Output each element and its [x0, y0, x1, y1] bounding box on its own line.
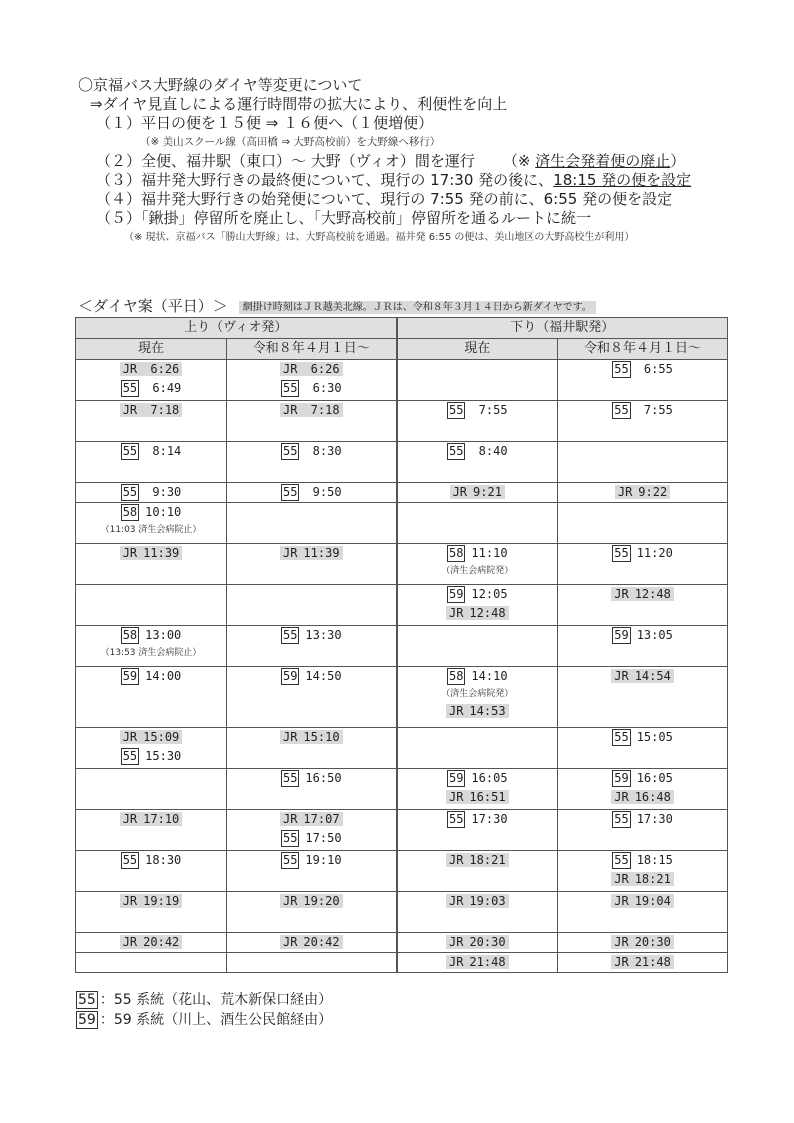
route-badge: 55: [121, 484, 139, 501]
legend-text-59: ：59 系統（川上、酒生公民館経由）: [100, 1012, 332, 1028]
route-badge: 55: [612, 852, 630, 869]
jr-departure: JR18:21: [558, 870, 727, 889]
jr-departure: JR11:39: [76, 544, 226, 563]
route-badge: 55: [281, 627, 299, 644]
table-row: 55 8:1455 8:3055 8:40: [76, 442, 728, 483]
departure-time: 17:10: [143, 812, 179, 826]
departure-time: 15:30: [145, 749, 181, 763]
timetable-cell: 5513:30: [227, 626, 397, 667]
timetable-cell: JR19:03: [397, 892, 558, 933]
departure-time: 12:48: [469, 606, 505, 620]
timetable-cell: JR19:20: [227, 892, 397, 933]
departure-time: 9:21: [473, 485, 502, 499]
route-badge: 59: [281, 668, 299, 685]
timetable-cell: [76, 953, 227, 973]
jr-time: JR17:10: [120, 812, 183, 826]
timetable-cell: [397, 626, 558, 667]
jr-label: JR: [453, 485, 467, 499]
item-2: （２）全便、福井駅（東口）～ 大野（ヴィオ）間を運行（※ 済生会発着便の廃止）: [78, 152, 758, 171]
jr-departure: JR 6:26: [227, 360, 396, 379]
jr-label: JR: [283, 362, 297, 376]
timetable-cell: 55 8:30: [227, 442, 397, 483]
jr-departure: JR18:21: [398, 851, 558, 870]
bus-departure: 5914:00: [76, 667, 226, 686]
jr-label: JR: [283, 546, 297, 560]
bus-departure: 55 9:30: [76, 483, 226, 502]
jr-departure: JR15:10: [227, 728, 396, 747]
table-row: JR20:42JR20:42JR20:30JR20:30: [76, 933, 728, 953]
timetable-cell: [76, 769, 227, 810]
jr-label: JR: [614, 790, 628, 804]
route-badge: 55: [121, 852, 139, 869]
timetable-cell: JR11:39: [227, 544, 397, 585]
bus-departure: 5914:50: [227, 667, 396, 686]
timetable-body: JR 6:2655 6:49JR 6:2655 6:3055 6:55JR 7:…: [76, 360, 728, 973]
bus-departure: 55 7:55: [398, 401, 558, 420]
departure-time: 16:48: [635, 790, 671, 804]
item-3-underlined: 18:15 発の便を設定: [553, 171, 691, 189]
item-4: （４）福井発大野行きの始発便について、現行の 7:55 発の前に、6:55 発の…: [78, 190, 758, 209]
group-header-up: 上り（ヴィオ発）: [76, 318, 397, 339]
table-row: 5813:00（13:53 済生会病院止）5513:305913:05: [76, 626, 728, 667]
timetable-cell: 5516:50: [227, 769, 397, 810]
departure-time: 13:00: [145, 628, 181, 642]
bus-departure: 5811:10: [398, 544, 558, 563]
jr-label: JR: [614, 872, 628, 886]
item-5: （５）「鍬掛」停留所を廃止し、「大野高校前」停留所を通るルートに統一: [78, 209, 758, 228]
timetable-cell: JR15:095515:30: [76, 728, 227, 769]
timetable-cell: 5814:10（済生会病院発）JR14:53: [397, 667, 558, 728]
departure-time: 15:05: [637, 730, 673, 744]
timetable-cell: 5810:10（11:03 済生会病院止）: [76, 503, 227, 544]
group-header-down: 下り（福井駅発）: [397, 318, 728, 339]
route-badge: 55: [447, 402, 465, 419]
summary-line: ⇒ダイヤ見直しによる運行時間帯の拡大により、利便性を向上: [78, 95, 758, 114]
item-2-text: （２）全便、福井駅（東口）～ 大野（ヴィオ）間を運行: [96, 152, 475, 170]
legend-item-55: 55：55 系統（花山、荒木新保口経由）: [76, 990, 332, 1010]
item-2-aside-suffix: ）: [670, 152, 685, 170]
jr-label: JR: [123, 730, 137, 744]
jr-time: JR14:54: [611, 669, 674, 683]
route-badge: 59: [447, 770, 465, 787]
item-3: （３）福井発大野行きの最終便について、現行の 17:30 発の後に、18:15 …: [78, 171, 758, 190]
jr-time: JR19:03: [446, 894, 509, 908]
table-row: JR17:10JR17:075517:505517:305517:30: [76, 810, 728, 851]
jr-label: JR: [614, 935, 628, 949]
timetable-cell: 5511:20: [558, 544, 728, 585]
bus-departure: 5912:05: [398, 585, 558, 604]
route-badge: 55: [612, 402, 630, 419]
jr-time: JR18:21: [446, 853, 509, 867]
departure-time: 6:49: [145, 381, 181, 395]
jr-label: JR: [614, 894, 628, 908]
col-header-up-current: 現在: [76, 339, 227, 360]
departure-time: 19:19: [143, 894, 179, 908]
jr-departure: JR9:21: [398, 483, 558, 502]
departure-time: 9:30: [145, 485, 181, 499]
item-2-aside-prefix: （※: [503, 152, 535, 170]
jr-time: JR19:19: [120, 894, 183, 908]
departure-time: 15:10: [303, 730, 339, 744]
table-row: JR15:095515:30JR15:105515:05: [76, 728, 728, 769]
jr-departure: JR16:48: [558, 788, 727, 807]
departure-time: 20:42: [143, 935, 179, 949]
jr-label: JR: [283, 403, 297, 417]
timetable-cell: 55 7:55: [558, 401, 728, 442]
departure-note: （済生会病院発）: [398, 563, 558, 579]
jr-time: JR19:04: [611, 894, 674, 908]
departure-time: 17:30: [471, 812, 507, 826]
timetable-cell: JR 6:2655 6:49: [76, 360, 227, 401]
timetable-cell: JR20:30: [558, 933, 728, 953]
jr-time: JR9:22: [615, 485, 670, 499]
jr-time: JR11:39: [120, 546, 183, 560]
document-title: 〇京福バス大野線のダイヤ等変更について: [78, 76, 758, 95]
departure-time: 8:40: [471, 444, 507, 458]
timetable-cell: 55 9:30: [76, 483, 227, 503]
col-header-down-current: 現在: [397, 339, 558, 360]
timetable-cell: JR 7:18: [227, 401, 397, 442]
departure-time: 13:05: [637, 628, 673, 642]
jr-departure: JR14:54: [558, 667, 727, 686]
route-badge: 55: [121, 443, 139, 460]
bus-departure: 5516:50: [227, 769, 396, 788]
timetable-caption: ＜ダイヤ案（平日）＞ 網掛け時刻はＪＲ越美北線。ＪＲは、令和８年３月１４日から新…: [78, 296, 596, 316]
table-row: 5810:10（11:03 済生会病院止）: [76, 503, 728, 544]
departure-time: 18:15: [637, 853, 673, 867]
timetable-cell: 5914:00: [76, 667, 227, 728]
departure-time: 18:30: [145, 853, 181, 867]
bus-departure: 55 6:55: [558, 360, 727, 379]
route-badge: 55: [281, 380, 299, 397]
timetable-cell: JR11:39: [76, 544, 227, 585]
jr-time: JR20:30: [611, 935, 674, 949]
timetable-cell: JR17:10: [76, 810, 227, 851]
departure-note: （11:03 済生会病院止）: [76, 522, 226, 538]
departure-time: 16:05: [471, 771, 507, 785]
jr-time: JR20:42: [120, 935, 183, 949]
departure-time: 6:55: [637, 362, 673, 376]
bus-departure: 55 8:30: [227, 442, 396, 461]
legend-item-59: 59：59 系統（川上、酒生公民館経由）: [76, 1010, 332, 1030]
jr-label: JR: [614, 587, 628, 601]
jr-time: JR20:42: [280, 935, 343, 949]
timetable-cell: 5912:05JR12:48: [397, 585, 558, 626]
departure-time: 21:48: [469, 955, 505, 969]
departure-time: 6:26: [303, 362, 339, 376]
jr-departure: JR 7:18: [76, 401, 226, 420]
legend-text-55: ：55 系統（花山、荒木新保口経由）: [100, 992, 332, 1008]
timetable-cell: JR20:42: [76, 933, 227, 953]
departure-time: 9:22: [638, 485, 667, 499]
bus-departure: 5810:10: [76, 503, 226, 522]
intro-section: 〇京福バス大野線のダイヤ等変更について ⇒ダイヤ見直しによる運行時間帯の拡大によ…: [78, 76, 758, 247]
bus-departure: 5518:15: [558, 851, 727, 870]
timetable-cell: JR19:19: [76, 892, 227, 933]
bus-departure: 5517:50: [227, 829, 396, 848]
timetable-cell: JR 6:2655 6:30: [227, 360, 397, 401]
departure-time: 14:10: [471, 669, 507, 683]
departure-time: 7:18: [143, 403, 179, 417]
departure-time: 19:20: [303, 894, 339, 908]
jr-label: JR: [614, 955, 628, 969]
departure-time: 14:50: [305, 669, 341, 683]
route-badge: 55: [121, 748, 139, 765]
bus-departure: 5515:05: [558, 728, 727, 747]
route-badge-55: 55: [76, 991, 98, 1009]
jr-departure: JR14:53: [398, 702, 558, 721]
bus-departure: 55 9:50: [227, 483, 396, 502]
route-badge: 59: [121, 668, 139, 685]
departure-time: 15:09: [143, 730, 179, 744]
jr-departure: JR20:30: [398, 933, 558, 952]
departure-time: 14:53: [469, 704, 505, 718]
jr-departure: JR20:30: [558, 933, 727, 952]
departure-time: 19:10: [305, 853, 341, 867]
departure-time: 11:39: [143, 546, 179, 560]
timetable-cell: 5813:00（13:53 済生会病院止）: [76, 626, 227, 667]
jr-label: JR: [449, 790, 463, 804]
departure-time: 9:50: [305, 485, 341, 499]
timetable-cell: JR 7:18: [76, 401, 227, 442]
departure-time: 14:00: [145, 669, 181, 683]
route-badge: 55: [281, 852, 299, 869]
bus-departure: 5814:10: [398, 667, 558, 686]
jr-time: JR14:53: [446, 704, 509, 718]
jr-label: JR: [123, 812, 137, 826]
route-badge: 55: [447, 811, 465, 828]
timetable-cell: [76, 585, 227, 626]
jr-departure: JR 6:26: [76, 360, 226, 379]
jr-departure: JR20:42: [76, 933, 226, 952]
table-row: JR19:19JR19:20JR19:03JR19:04: [76, 892, 728, 933]
timetable-cell: 5518:30: [76, 851, 227, 892]
timetable-cell: 5914:50: [227, 667, 397, 728]
bus-departure: 5916:05: [398, 769, 558, 788]
jr-label: JR: [449, 894, 463, 908]
jr-label: JR: [449, 853, 463, 867]
departure-time: 7:55: [471, 403, 507, 417]
bus-departure: 5517:30: [558, 810, 727, 829]
departure-time: 6:26: [143, 362, 179, 376]
departure-time: 18:21: [469, 853, 505, 867]
jr-label: JR: [123, 894, 137, 908]
jr-label: JR: [283, 812, 297, 826]
departure-time: 8:30: [305, 444, 341, 458]
timetable-cell: [227, 953, 397, 973]
jr-time: JR12:48: [446, 606, 509, 620]
departure-time: 20:30: [469, 935, 505, 949]
jr-time: JR16:48: [611, 790, 674, 804]
route-badge: 55: [121, 380, 139, 397]
table-row: JR 7:18JR 7:1855 7:5555 7:55: [76, 401, 728, 442]
departure-time: 16:51: [469, 790, 505, 804]
timetable-cell: 5517:30: [558, 810, 728, 851]
timetable-cell: JR12:48: [558, 585, 728, 626]
jr-departure: JR17:10: [76, 810, 226, 829]
bus-departure: 55 8:40: [398, 442, 558, 461]
route-badge: 58: [447, 668, 465, 685]
jr-label: JR: [449, 606, 463, 620]
bus-departure: 5515:30: [76, 747, 226, 766]
departure-note: （済生会病院発）: [398, 686, 558, 702]
departure-time: 13:30: [305, 628, 341, 642]
departure-time: 7:55: [637, 403, 673, 417]
timetable-cell: JR17:075517:50: [227, 810, 397, 851]
jr-departure: JR16:51: [398, 788, 558, 807]
jr-label: JR: [283, 935, 297, 949]
bus-departure: 5511:20: [558, 544, 727, 563]
jr-departure: JR19:20: [227, 892, 396, 911]
item-1: （１）平日の便を１５便 ⇒ １６便へ（１便増便）: [78, 114, 758, 133]
timetable-cell: JR14:54: [558, 667, 728, 728]
timetable-cell: 5515:05: [558, 728, 728, 769]
jr-time: JR17:07: [280, 812, 343, 826]
departure-time: 19:04: [635, 894, 671, 908]
jr-label: JR: [123, 546, 137, 560]
jr-time: JR15:10: [280, 730, 343, 744]
timetable-cell: [558, 503, 728, 544]
timetable-note: 網掛け時刻はＪＲ越美北線。ＪＲは、令和８年３月１４日から新ダイヤです。: [239, 301, 596, 314]
route-badge: 55: [281, 443, 299, 460]
jr-label: JR: [618, 485, 632, 499]
jr-departure: JR20:42: [227, 933, 396, 952]
jr-time: JR18:21: [611, 872, 674, 886]
departure-time: 20:42: [303, 935, 339, 949]
timetable-cell: JR21:48: [397, 953, 558, 973]
departure-time: 7:18: [303, 403, 339, 417]
route-badge: 59: [612, 770, 630, 787]
departure-time: 20:30: [635, 935, 671, 949]
timetable-cell: [558, 442, 728, 483]
timetable-cell: 5519:10: [227, 851, 397, 892]
jr-label: JR: [123, 403, 137, 417]
jr-time: JR 7:18: [280, 403, 343, 417]
bus-departure: 5813:00: [76, 626, 226, 645]
route-badge: 55: [281, 484, 299, 501]
table-row: 5914:005914:505814:10（済生会病院発）JR14:53JR14…: [76, 667, 728, 728]
bus-departure: 55 8:14: [76, 442, 226, 461]
route-badge: 59: [447, 586, 465, 603]
table-row: JR21:48JR21:48: [76, 953, 728, 973]
timetable-cell: [227, 503, 397, 544]
jr-label: JR: [283, 730, 297, 744]
jr-departure: JR17:07: [227, 810, 396, 829]
jr-time: JR21:48: [611, 955, 674, 969]
departure-time: 6:30: [305, 381, 341, 395]
jr-time: JR16:51: [446, 790, 509, 804]
jr-label: JR: [283, 894, 297, 908]
bus-departure: 55 6:49: [76, 379, 226, 398]
departure-time: 14:54: [635, 669, 671, 683]
timetable-cell: [397, 360, 558, 401]
item-1-note: （※ 美山スクール線（高田橋 ⇒ 大野高校前）を大野線へ移行）: [78, 133, 758, 152]
jr-time: JR15:09: [120, 730, 183, 744]
timetable-cell: 5916:05JR16:48: [558, 769, 728, 810]
item-5-note: （※ 現状、京福バス「勝山大野線」は、大野高校前を通過。福井発 6:55 の便は…: [78, 228, 758, 247]
item-3-text: （３）福井発大野行きの最終便について、現行の 17:30 発の後に、: [96, 171, 553, 189]
table-row: JR 6:2655 6:49JR 6:2655 6:3055 6:55: [76, 360, 728, 401]
jr-departure: JR12:48: [558, 585, 727, 604]
timetable-cell: JR21:48: [558, 953, 728, 973]
jr-time: JR 7:18: [120, 403, 183, 417]
timetable-cell: [397, 503, 558, 544]
timetable-cell: [397, 728, 558, 769]
route-badge: 59: [612, 627, 630, 644]
route-badge: 55: [281, 830, 299, 847]
jr-label: JR: [614, 669, 628, 683]
jr-time: JR19:20: [280, 894, 343, 908]
jr-departure: JR19:04: [558, 892, 727, 911]
departure-time: 17:30: [637, 812, 673, 826]
departure-time: 8:14: [145, 444, 181, 458]
jr-departure: JR9:22: [558, 483, 727, 502]
departure-time: 16:05: [637, 771, 673, 785]
departure-time: 17:07: [303, 812, 339, 826]
jr-label: JR: [449, 955, 463, 969]
departure-time: 12:48: [635, 587, 671, 601]
timetable-cell: 5517:30: [397, 810, 558, 851]
timetable-cell: JR9:21: [397, 483, 558, 503]
departure-time: 19:03: [469, 894, 505, 908]
jr-label: JR: [449, 935, 463, 949]
jr-departure: JR11:39: [227, 544, 396, 563]
bus-departure: 5513:30: [227, 626, 396, 645]
departure-time: 21:48: [635, 955, 671, 969]
jr-label: JR: [123, 935, 137, 949]
route-badge: 55: [281, 770, 299, 787]
jr-departure: JR12:48: [398, 604, 558, 623]
jr-time: JR 6:26: [120, 362, 183, 376]
route-badge: 55: [612, 811, 630, 828]
departure-note: （13:53 済生会病院止）: [76, 645, 226, 661]
bus-departure: 5916:05: [558, 769, 727, 788]
departure-time: 16:50: [305, 771, 341, 785]
departure-time: 11:39: [303, 546, 339, 560]
route-badge: 55: [612, 729, 630, 746]
timetable-cell: JR20:30: [397, 933, 558, 953]
table-row: 5912:05JR12:48JR12:48: [76, 585, 728, 626]
timetable-cell: [227, 585, 397, 626]
timetable-title: ＜ダイヤ案（平日）＞: [78, 297, 228, 315]
timetable: 上り（ヴィオ発） 下り（福井駅発） 現在 令和８年４月１日～ 現在 令和８年４月…: [75, 317, 728, 973]
item-2-aside-underlined: 済生会発着便の廃止: [535, 152, 670, 170]
jr-time: JR20:30: [446, 935, 509, 949]
bus-departure: 5519:10: [227, 851, 396, 870]
timetable-cell: 5811:10（済生会病院発）: [397, 544, 558, 585]
col-header-up-new: 令和８年４月１日～: [227, 339, 397, 360]
route-badge: 58: [447, 545, 465, 562]
timetable-cell: 55 7:55: [397, 401, 558, 442]
jr-departure: JR21:48: [398, 953, 558, 972]
jr-time: JR12:48: [611, 587, 674, 601]
route-badge: 55: [447, 443, 465, 460]
jr-time: JR21:48: [446, 955, 509, 969]
timetable-cell: 55 8:40: [397, 442, 558, 483]
bus-departure: 5518:30: [76, 851, 226, 870]
departure-time: 11:20: [637, 546, 673, 560]
timetable-cell: JR9:22: [558, 483, 728, 503]
departure-time: 11:10: [471, 546, 507, 560]
timetable-cell: 55 8:14: [76, 442, 227, 483]
jr-departure: JR19:19: [76, 892, 226, 911]
table-row: JR11:39JR11:395811:10（済生会病院発）5511:20: [76, 544, 728, 585]
table-row: 55 9:3055 9:50JR9:21JR9:22: [76, 483, 728, 503]
timetable-cell: JR18:21: [397, 851, 558, 892]
timetable-cell: 5518:15JR18:21: [558, 851, 728, 892]
bus-departure: 55 6:30: [227, 379, 396, 398]
route-badge: 55: [612, 361, 630, 378]
